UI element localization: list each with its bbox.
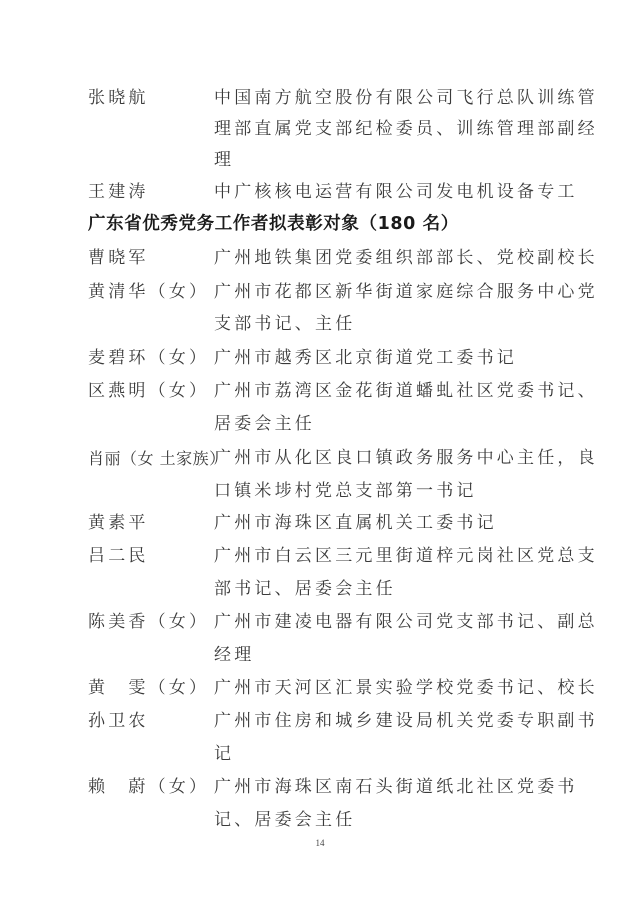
entry-description: 理部直属党支部纪检委员、训练管理部副经 [214, 113, 598, 146]
entry-description: 理 [214, 144, 234, 177]
entry-description: 广州市海珠区南石头街道纸北社区党委书 [214, 771, 578, 804]
entry-description: 经理 [214, 639, 254, 672]
entry-name: 肖丽（女 土家族） [88, 442, 226, 475]
entry-name: 麦碧环（女） [88, 342, 209, 375]
entry-description: 广州地铁集团党委组织部部长、党校副校长 [214, 242, 598, 275]
entry-description: 居委会主任 [214, 408, 315, 441]
entry-name: 曹晓军 [88, 242, 149, 275]
entry-name: 吕二民 [88, 540, 149, 573]
entry-description: 中国南方航空股份有限公司飞行总队训练管 [214, 82, 598, 115]
entry-description: 广州市花都区新华街道家庭综合服务中心党 [214, 276, 598, 309]
entry-description: 记、居委会主任 [214, 804, 355, 837]
entry-description: 部书记、居委会主任 [214, 573, 396, 606]
entry-name: 王建涛 [88, 176, 149, 209]
page-number: 14 [300, 838, 340, 848]
entry-name: 张晓航 [88, 82, 149, 115]
entry-name: 赖 蔚（女） [88, 771, 209, 804]
entry-description: 广州市建凌电器有限公司党支部书记、副总 [214, 606, 598, 639]
entry-name: 区燕明（女） [88, 375, 209, 408]
entry-name: 黄素平 [88, 507, 149, 540]
entry-description: 支部书记、主任 [214, 308, 355, 341]
entry-description: 广州市越秀区北京街道党工委书记 [214, 342, 517, 375]
entry-name: 黄 雯（女） [88, 672, 209, 705]
entry-name: 黄清华（女） [88, 276, 209, 309]
document-page: 张晓航 中国南方航空股份有限公司飞行总队训练管 理部直属党支部纪检委员、训练管理… [0, 0, 640, 905]
entry-description: 广州市天河区汇景实验学校党委书记、校长 [214, 672, 598, 705]
entry-name: 陈美香（女） [88, 606, 209, 639]
entry-description: 广州市白云区三元里街道梓元岗社区党总支 [214, 540, 598, 573]
entry-description: 中广核核电运营有限公司发电机设备专工 [214, 176, 578, 209]
entry-description: 记 [214, 738, 234, 771]
entry-description: 口镇米埗村党总支部第一书记 [214, 475, 477, 508]
entry-name: 孙卫农 [88, 705, 149, 738]
entry-description: 广州市海珠区直属机关工委书记 [214, 507, 497, 540]
entry-description: 广州市从化区良口镇政务服务中心主任，良 [214, 442, 598, 475]
entry-description: 广州市荔湾区金花街道蟠虬社区党委书记、 [214, 375, 598, 408]
entry-description: 广州市住房和城乡建设局机关党委专职副书 [214, 705, 598, 738]
section-heading: 广东省优秀党务工作者拟表彰对象（180 名） [88, 208, 459, 241]
